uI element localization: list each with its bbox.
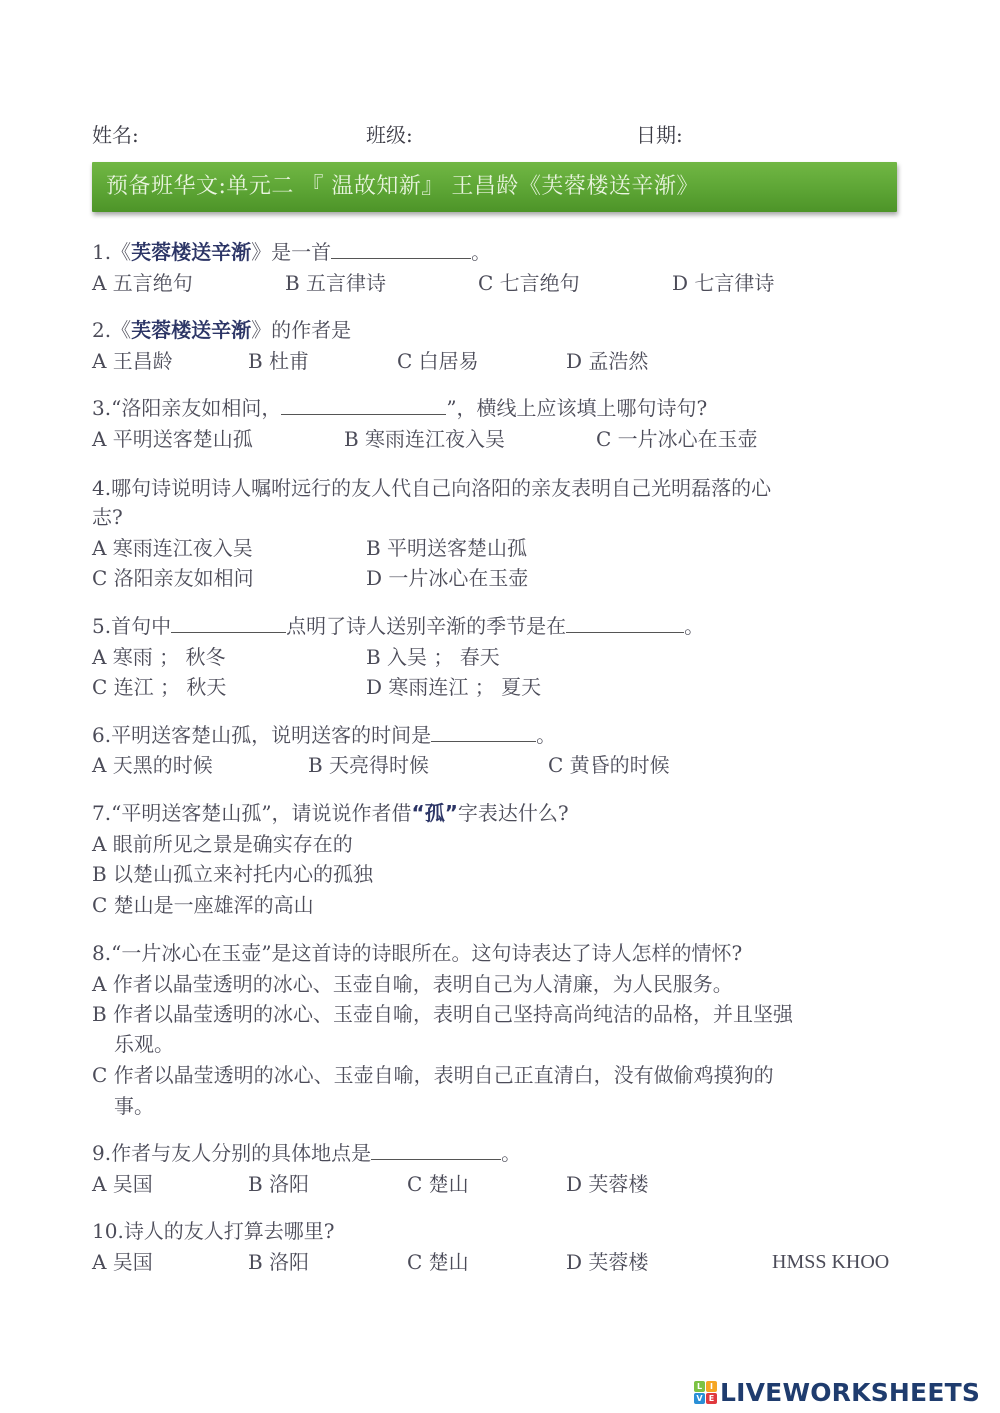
option-c[interactable]: C 黄昏的时候	[548, 752, 670, 778]
question-number: 4.	[92, 476, 111, 500]
logo-tiles-icon: L I V E	[694, 1381, 717, 1404]
bracket-open: 《	[111, 318, 131, 342]
answer-blank[interactable]	[331, 240, 471, 259]
logo-tile-l: L	[694, 1381, 705, 1392]
logo-tile-e: E	[706, 1393, 717, 1404]
option-c[interactable]: C 一片冰心在玉壶	[596, 426, 758, 452]
question-text: 》的作者是	[251, 318, 351, 342]
title-banner: 预备班华文:单元二 『 温故知新』 王昌龄《芙蓉楼送辛渐》	[92, 162, 897, 212]
question-4: 4.哪句诗说明诗人嘱咐远行的友人代自己向洛阳的亲友表明自己光明磊落的心	[92, 475, 771, 501]
logo-tile-v: V	[694, 1393, 705, 1404]
option-a[interactable]: A 寒雨 ； 秋冬	[92, 644, 226, 670]
question-text: 首句中	[111, 614, 171, 638]
option-b[interactable]: B 以楚山孤立来衬托内心的孤独	[92, 861, 373, 887]
option-b[interactable]: B 平明送客楚山孤	[366, 535, 527, 561]
answer-blank[interactable]	[431, 723, 536, 742]
option-a[interactable]: A 王昌龄	[92, 348, 173, 374]
logo-tile-i: I	[706, 1381, 717, 1392]
class-label: 班级:	[366, 122, 413, 148]
question-text: “洛阳亲友如相问，	[111, 396, 281, 420]
option-c[interactable]: C 洛阳亲友如相问	[92, 565, 254, 591]
question-text: 点明了诗人送别辛渐的季节是在	[286, 614, 566, 638]
name-label: 姓名:	[92, 122, 139, 148]
question-number: 2.	[92, 318, 111, 342]
period: 。	[501, 1141, 521, 1165]
question-number: 7.	[92, 801, 111, 825]
period: 。	[684, 614, 704, 638]
question-1: 1.《芙蓉楼送辛渐》是一首。	[92, 239, 491, 265]
date-label: 日期:	[636, 122, 683, 148]
question-10: 10.诗人的友人打算去哪里?	[92, 1218, 335, 1244]
option-d[interactable]: D 一片冰心在玉壶	[366, 565, 528, 591]
question-text: ”，横线上应该填上哪句诗句?	[446, 396, 707, 420]
option-b[interactable]: B 洛阳	[248, 1171, 309, 1197]
question-number: 1.	[92, 240, 111, 264]
poem-title: 芙蓉楼送辛渐	[131, 240, 251, 264]
option-a[interactable]: A 吴国	[92, 1249, 153, 1275]
option-b[interactable]: B 寒雨连江夜入吴	[344, 426, 505, 452]
question-text: 诗人的友人打算去哪里?	[124, 1219, 335, 1243]
option-c[interactable]: C 七言绝句	[478, 270, 580, 296]
question-text: 哪句诗说明诗人嘱咐远行的友人代自己向洛阳的亲友表明自己光明磊落的心	[111, 476, 771, 500]
answer-blank-2[interactable]	[566, 614, 684, 633]
option-c[interactable]: C 楚山	[407, 1249, 469, 1275]
question-2: 2.《芙蓉楼送辛渐》的作者是	[92, 317, 351, 343]
option-a[interactable]: A 作者以晶莹透明的冰心、玉壶自喻，表明自己为人清廉，为人民服务。	[92, 971, 733, 997]
option-b-continued[interactable]: 乐观。	[114, 1031, 174, 1057]
question-number: 10.	[92, 1219, 124, 1243]
question-text: “一片冰心在玉壶”是这首诗的诗眼所在。这句诗表达了诗人怎样的情怀?	[111, 941, 742, 965]
period: 。	[536, 723, 556, 747]
worksheet-title: 预备班华文:单元二 『 温故知新』 王昌龄《芙蓉楼送辛渐》	[106, 173, 699, 201]
option-d[interactable]: D 寒雨连江 ； 夏天	[366, 674, 541, 700]
option-c-continued[interactable]: 事。	[114, 1093, 154, 1119]
option-c[interactable]: C 楚山	[407, 1171, 469, 1197]
liveworksheets-logo: L I V E LIVEWORKSHEETS	[694, 1377, 980, 1407]
author-credit: HMSS KHOO	[772, 1249, 889, 1275]
question-9: 9.作者与友人分别的具体地点是。	[92, 1140, 521, 1166]
question-text: 平明送客楚山孤，说明送客的时间是	[111, 723, 431, 747]
highlighted-character: “孤”	[412, 801, 458, 825]
bracket-open: 《	[111, 240, 131, 264]
question-text: “平明送客楚山孤”，请说说作者借	[111, 801, 411, 825]
question-number: 8.	[92, 941, 111, 965]
question-text: 作者与友人分别的具体地点是	[111, 1141, 371, 1165]
option-a[interactable]: A 眼前所见之景是确实存在的	[92, 831, 353, 857]
question-4-continued: 志?	[92, 504, 123, 530]
question-text: 》是一首	[251, 240, 331, 264]
option-b[interactable]: B 洛阳	[248, 1249, 309, 1275]
option-a[interactable]: A 天黑的时候	[92, 752, 213, 778]
option-b[interactable]: B 入吴 ； 春天	[366, 644, 500, 670]
option-b[interactable]: B 天亮得时候	[308, 752, 429, 778]
option-b[interactable]: B 作者以晶莹透明的冰心、玉壶自喻，表明自己坚持高尚纯洁的品格，并且坚强	[92, 1001, 793, 1027]
answer-blank-1[interactable]	[171, 614, 286, 633]
option-b[interactable]: B 杜甫	[248, 348, 309, 374]
option-a[interactable]: A 寒雨连江夜入吴	[92, 535, 253, 561]
option-a[interactable]: A 平明送客楚山孤	[92, 426, 253, 452]
option-a[interactable]: A 五言绝句	[92, 270, 193, 296]
logo-wordmark: LIVEWORKSHEETS	[720, 1378, 980, 1407]
question-number: 9.	[92, 1141, 111, 1165]
option-c[interactable]: C 楚山是一座雄浑的高山	[92, 892, 314, 918]
option-d[interactable]: D 芙蓉楼	[566, 1171, 648, 1197]
option-b[interactable]: B 五言律诗	[285, 270, 386, 296]
question-6: 6.平明送客楚山孤，说明送客的时间是。	[92, 722, 556, 748]
question-8: 8.“一片冰心在玉壶”是这首诗的诗眼所在。这句诗表达了诗人怎样的情怀?	[92, 940, 742, 966]
question-number: 6.	[92, 723, 111, 747]
poem-title: 芙蓉楼送辛渐	[131, 318, 251, 342]
option-c[interactable]: C 作者以晶莹透明的冰心、玉壶自喻，表明自己正直清白，没有做偷鸡摸狗的	[92, 1062, 774, 1088]
question-7: 7.“平明送客楚山孤”，请说说作者借“孤”字表达什么?	[92, 800, 569, 826]
option-d[interactable]: D 芙蓉楼	[566, 1249, 648, 1275]
period: 。	[471, 240, 491, 264]
question-number: 5.	[92, 614, 111, 638]
question-number: 3.	[92, 396, 111, 420]
option-c[interactable]: C 白居易	[397, 348, 479, 374]
question-text: 字表达什么?	[458, 801, 569, 825]
option-a[interactable]: A 吴国	[92, 1171, 153, 1197]
question-3: 3.“洛阳亲友如相问，”，横线上应该填上哪句诗句?	[92, 395, 707, 421]
option-d[interactable]: D 七言律诗	[672, 270, 774, 296]
question-5: 5.首句中点明了诗人送别辛渐的季节是在。	[92, 613, 704, 639]
option-d[interactable]: D 孟浩然	[566, 348, 648, 374]
answer-blank[interactable]	[371, 1141, 501, 1160]
option-c[interactable]: C 连江 ； 秋天	[92, 674, 226, 700]
answer-blank[interactable]	[281, 396, 446, 415]
